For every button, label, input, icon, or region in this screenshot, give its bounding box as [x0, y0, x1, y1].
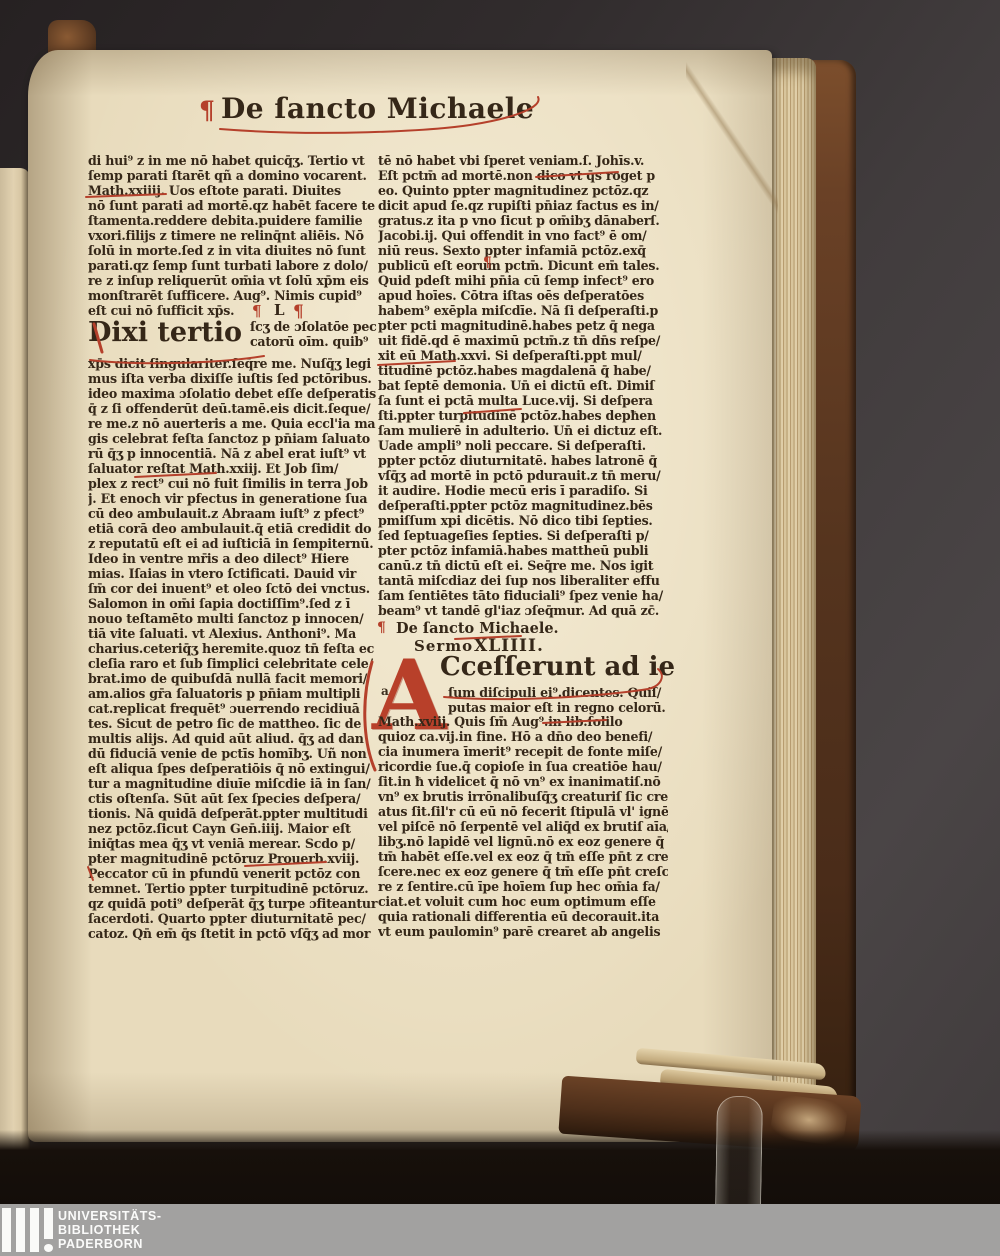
text-line: nez pctōz.ſicut Cayn Gen̄.iiij. Maior eſ… [88, 821, 380, 836]
text-line: gratus.z ita p vno ſicut p om̄ibʒ dānabe… [378, 213, 666, 228]
book-cover-right-edge [810, 60, 856, 1152]
text-line: apud hoīes. Cōtra iſtas oēs deſperatōes [378, 288, 666, 303]
text-line: rū q̄ʒ p innocentiā. Nā z abel erat iuſt… [88, 446, 380, 461]
text-line: putas maior eſt in regno celorū. [448, 700, 666, 715]
text-line: ricordie ſue.q̄ copioſe in ſua creatiōe … [378, 759, 668, 774]
text-line: Math.xxiiij. Uos eſtote parati. Diuites [88, 183, 380, 198]
text-line: vxori.filijs z timere ne relinq̄nt aliēi… [88, 228, 380, 243]
text-line: eſt aliqua ſpes deſperatiōis q̄ nō extin… [88, 761, 380, 776]
library-name-line: PADERBORN [58, 1237, 162, 1251]
rubric-pilcrow: ¶ [483, 255, 492, 271]
text-line: brat.imo de quibuſdā nullā facit memori/ [88, 671, 380, 686]
logo-bar [2, 1208, 11, 1252]
library-footer-band: UNIVERSITÄTS- BIBLIOTHEK PADERBORN [0, 1204, 1000, 1256]
rubric-pilcrow: ¶ [199, 96, 215, 125]
text-line: xp̄s dicit ſingulariter.ſeq̄re me. Nuſq̄… [88, 356, 380, 371]
text-line: niū reus. Sexto ppter infamiā pctōz.exq̄ [378, 243, 666, 258]
text-line: ſed ſeptuageſies ſepties. Si deſperaſti … [378, 528, 666, 543]
library-name-line: UNIVERSITÄTS- [58, 1209, 162, 1223]
text-line: tm̄ habēt eſſe.vel ex eoz q̄ tm̄ eſſe pn… [378, 849, 668, 864]
text-line: tes. Sicut de petro ſic de mattheo. ſic … [88, 716, 380, 731]
text-line: ſemp parati ſtarēt qñ a domino vocarent. [88, 168, 380, 183]
text-line: tiā vite ſaluati. vt Alexius. Anthoni⁹. … [88, 626, 380, 641]
page-corner-crease [686, 60, 778, 216]
text-line: ſcʒ de ɔſolatōe pec [250, 319, 380, 334]
text-line: ſam mulierē in adulterio. Un̄ ei dictuz … [378, 423, 666, 438]
text-line: xit eū Math.xxvi. Si deſperaſti.ppt mul/ [378, 348, 666, 363]
text-line: ctis oſtenſa. Sūt aūt ſex ſpecies deſper… [88, 791, 380, 806]
text-line: nō ſunt parati ad mortē.qz habēt facere … [88, 198, 380, 213]
text-line: ppter pctōz diuturnitatē. habes latronē … [378, 453, 666, 468]
text-line: Ideo in ventre mr̄is a deo dilect⁹ Hiere [88, 551, 380, 566]
text-line: habem⁹ exēpla miſcdīe. Nā ſi deſperaſti.… [378, 303, 666, 318]
text-line: ſam ſentiētes tāto fiduciali⁹ ſpez venie… [378, 588, 666, 603]
transparent-page-holder [715, 1096, 763, 1210]
text-line: di hui⁹ z in me nō habet quicq̄ʒ. Tertio… [88, 153, 380, 168]
text-line: z reputatū eſt ei ad iuſticiā in ſempite… [88, 536, 380, 551]
rubric-pilcrow: ¶ [377, 620, 386, 636]
text-line: ſm̄ cor dei inuent⁹ et oleo ſctō dei vnc… [88, 581, 380, 596]
text-line: ideo maxima ɔſolatio debet eſſe deſperat… [88, 386, 380, 401]
text-line: etiā corā deo ambulauit.q̄ etiā credidit… [88, 521, 380, 536]
text-line: Jacobi.ij. Qui offendit in vno fact⁹ ē o… [378, 228, 666, 243]
sermon-incipit: Cceſſerunt ad ie [440, 652, 675, 682]
text-line: tē nō habet vbi ſperet veniam.ſ. Johīs.v… [378, 153, 666, 168]
text-line: ſti.ppter turpitudinē pctōz.habes depħen [378, 408, 666, 423]
text-line: vel piſcē nō ſerpentē vel aliq̄d ex brut… [378, 819, 668, 834]
text-line: vt eum paulomin⁹ parē crearet ab angelis [378, 924, 668, 939]
text-line: am.alios gr̄a ſaluatoris p pn̄iam multip… [88, 686, 380, 701]
text-line: gis celebrat feſta ſanctoz p pn̄iam ſalu… [88, 431, 380, 446]
text-line: cleſia raro et ſub ſimplici celebritate … [88, 656, 380, 671]
text-line: parati.qz ſemp ſunt turbati labore z dol… [88, 258, 380, 273]
text-line: vſq̄ʒ ad mortē in pctō pdurauit.z tn̄ me… [378, 468, 666, 483]
text-line: nouo teſtamēto multi ſanctoz p innocen/ [88, 611, 380, 626]
text-line: pter magnitudinē pctōruz Prouerb.xviij. [88, 851, 380, 866]
text-line: eſt cui nō ſufficit xp̄s. [88, 303, 380, 318]
left-column-block2: xp̄s dicit ſingulariter.ſeq̄re me. Nuſq̄… [88, 356, 380, 941]
logo-exclamation-dot [44, 1244, 53, 1252]
text-line: ſtamenta.reddere debita.puidere familie [88, 213, 380, 228]
left-column-block1: di hui⁹ z in me nō habet quicq̄ʒ. Tertio… [88, 153, 380, 318]
text-line: temnet. Tertio ppter turpitudinē pctōruz… [88, 881, 380, 896]
running-title: De ſancto Michaele [221, 92, 534, 125]
text-line: monſtrarēt ſufficere. Aug⁹. Nimis cupid⁹ [88, 288, 380, 303]
library-name: UNIVERSITÄTS- BIBLIOTHEK PADERBORN [58, 1209, 162, 1251]
right-column-block2: Math.xviij. Quis ſm̄ Aug⁹.in lib.ſoliloq… [378, 714, 668, 939]
text-line: re me.z nō auerteris a me. Quia eccl'ia … [88, 416, 380, 431]
text-line: iniq̄tas mea q̄ʒ vt veniā merear. Scdo p… [88, 836, 380, 851]
letter-mark-l: L [274, 301, 285, 319]
text-line: libʒ.nō lapidē vel lignū.nō ex eoz gener… [378, 834, 668, 849]
text-line: deſperaſti.ppter pctōz magnitudinez.bēs [378, 498, 666, 513]
text-line: cat.replicat frequēt⁹ ɔuerrendo recidiuā [88, 701, 380, 716]
text-line: cū deo ambulauit.z Abraam iuſt⁹ z pfect⁹ [88, 506, 380, 521]
text-line: quia rationali differentia eū decorauit.… [378, 909, 668, 924]
text-line: ſacerdoti. Quarto ppter diuturnitatē pec… [88, 911, 380, 926]
text-line: ſit.in ħ videlicet q̄ nō vn⁹ ex inanimat… [378, 774, 668, 789]
text-line: Math.xviij. Quis ſm̄ Aug⁹.in lib.ſolilo [378, 714, 668, 729]
text-line: mus iſta verba dixiſſe iuſtis ſed pctōri… [88, 371, 380, 386]
text-line: ciat.et voluit cum hoc eum optimum eſſe [378, 894, 668, 909]
text-line: cia inumera īmerit⁹ recepit de fonte miſ… [378, 744, 668, 759]
logo-bar [16, 1208, 25, 1252]
sermon-rubric: De ſancto Michaele. [396, 620, 559, 637]
text-line: tionis. Nā quidā deſperāt.ppter multitud… [88, 806, 380, 821]
text-line: catorū oīm. quib⁹ [250, 334, 380, 349]
text-line: tur a magnitudine diuīe miſcdie iā in ſa… [88, 776, 380, 791]
text-line: Peccator cū in pfundū venerit pctōz con [88, 866, 380, 881]
text-line: eo. Quinto ppter magnitudinez pctōz.qz [378, 183, 666, 198]
text-line: Uade ampli⁹ noli peccare. Si deſperaſti. [378, 438, 666, 453]
text-line: re z ſentire.cū īpe hoīem ſup hec om̄ia … [378, 879, 668, 894]
text-line: atus ſit.ſil'r cū eū nō fecerit ſtipulā … [378, 804, 668, 819]
text-line: ſolū in morte.ſed z in vita diuites nō ſ… [88, 243, 380, 258]
text-line: dū fiduciā venie de pctīs homībʒ. Uñ non [88, 746, 380, 761]
text-line: Eſt pctm̄ ad mortē.non dico vt q̄s roget… [378, 168, 666, 183]
text-line: bat ſeptē demonia. Un̄ ei dictū eſt. Dim… [378, 378, 666, 393]
text-line: pter pctōz infamiā.habes mattheū publi [378, 543, 666, 558]
text-line: q̄ z ſi offenderūt deū.tamē.eis dicit.ſe… [88, 401, 380, 416]
text-line: vn⁹ ex brutis irrōnalibuſq̄ʒ creaturiſ ſ… [378, 789, 668, 804]
right-column-block1: tē nō habet vbi ſperet veniam.ſ. Johīs.v… [378, 153, 666, 618]
text-line: beam⁹ vt tandē gl'iaz ɔſeq̄mur. Ad quā z… [378, 603, 666, 618]
facing-page-edge [0, 168, 30, 1150]
logo-exclamation-bar [44, 1208, 53, 1239]
text-line: ſa ſunt ei pctā multa Luce.vij. Si deſpe… [378, 393, 666, 408]
text-line: ſaluator reſtat Math.xxiij. Et Job ſim/ [88, 461, 380, 476]
incipit-indent-lines: ſum diſcipuli ei⁹.dicentes. Quiſ/putas m… [448, 685, 666, 715]
text-line: re z inſup reliquerūt om̄ia vt ſolū xp̄m… [88, 273, 380, 288]
section-heading-dixi-tertio: Dixi tertio [88, 317, 242, 348]
text-line: plex z rect⁹ cui nō fuit ſimilis in terr… [88, 476, 380, 491]
text-line: ſcere.nec ex eoz genere q̄ tm̄ eſſe pn̄t… [378, 864, 668, 879]
text-line: qz quidā poti⁹ deſperāt q̄ʒ turpe ɔfitea… [88, 896, 380, 911]
text-line: Quid pdeſt mihi pn̄ia cū ſemp infect⁹ er… [378, 273, 666, 288]
text-line: charius.ceteriq̄ʒ heremite.quoz tn̄ feſt… [88, 641, 380, 656]
text-line: titudinē pctōz.habes magdalenā q̄ habe/ [378, 363, 666, 378]
text-line: mias. Iſaias in vtero ſctificati. Dauid … [88, 566, 380, 581]
text-line: it audire. Hodie mecū eris ī paradiſo. S… [378, 483, 666, 498]
scan-photo: ¶ De ſancto Michaele di hui⁹ z in me nō … [0, 0, 1000, 1256]
rubric-pilcrow: ¶ [252, 302, 262, 320]
text-line: tantā miſcdiaz dei ſup nos liberaliter e… [378, 573, 666, 588]
text-line: multis alijs. Ad quid aūt aliud. q̄ʒ ad … [88, 731, 380, 746]
library-name-line: BIBLIOTHEK [58, 1223, 162, 1237]
text-line: Salomon in om̄i ſapia doctiſſim⁹.ſed z ī [88, 596, 380, 611]
heading-side-lines: ſcʒ de ɔſolatōe peccatorū oīm. quib⁹ [250, 319, 380, 349]
text-line: publicū eſt eorum pctm̄. Dicunt em̄ tale… [378, 258, 666, 273]
guide-letter: a [381, 684, 389, 698]
text-line: ſum diſcipuli ei⁹.dicentes. Quiſ/ [448, 685, 666, 700]
logo-bar [30, 1208, 39, 1252]
text-line: dicit apud ſe.qz rupiſti pn̄iaz factus e… [378, 198, 666, 213]
text-line: j. Et enoch vir pfectus in generatione ſ… [88, 491, 380, 506]
text-line: catoz. Qn̄ em̄ q̄s ſtetit in pctō vſq̄ʒ … [88, 926, 380, 941]
text-line: quioz ca.vij.in fine. Hō a dn̄o deo bene… [378, 729, 668, 744]
text-line: uit fidē.qd ē maximū pctm̄.z tn̄ dn̄s re… [378, 333, 666, 348]
text-line: pter pcti magnitudinē.habes petz q̄ nega [378, 318, 666, 333]
text-line: pmiſſum xpi dicētis. Nō dico tibi ſeptie… [378, 513, 666, 528]
text-line: canū.z tn̄ dictū eſt ei. Seq̄re me. Nos … [378, 558, 666, 573]
